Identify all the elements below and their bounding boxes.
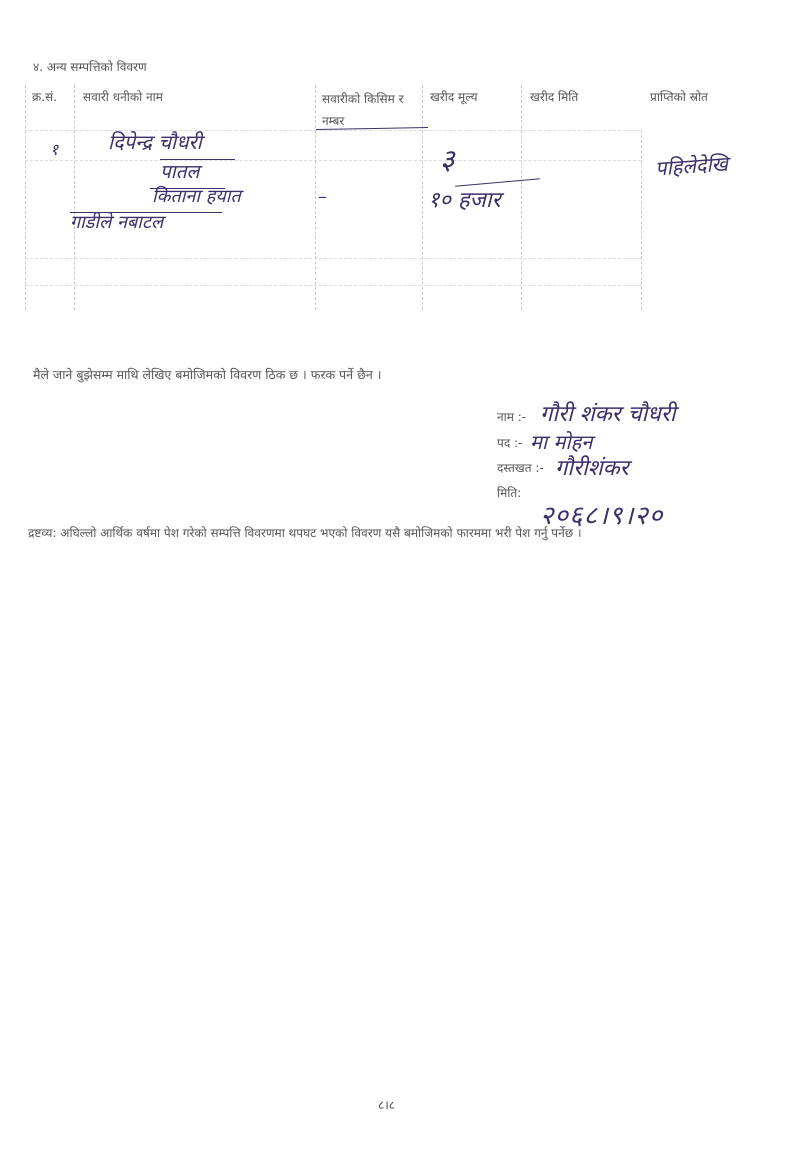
column-divider [315,85,316,310]
section-title: ४. अन्य सम्पत्तिको विवरण [33,58,147,75]
owner-name-line: दिपेन्द्र चौधरी [108,128,202,155]
date-label: मिति: [497,484,521,501]
vehicle-type-value: – [318,186,327,207]
signature-value: गौरीशंकर [555,452,629,482]
column-header-price: खरीद मूल्य [430,88,478,105]
post-label: पद :- [497,434,522,451]
column-divider [74,85,75,310]
row-divider [25,160,641,161]
price-value-line: ३ [440,140,455,178]
source-value: पहिलेदेखि [654,149,729,181]
owner-name-line: गाडीले नबाटल [70,210,163,234]
column-header-source: प्राप्तिको स्रोत [650,88,708,105]
column-divider [521,85,522,310]
owner-name-line: किताना हयात [152,184,241,208]
name-label: नाम :- [497,408,526,425]
column-header-owner-name: सवारी धनीको नाम [83,88,163,105]
declaration-text: मैले जाने बुझेसम्म माथि लेखिए बमोजिमको व… [33,366,381,383]
owner-name-line: पातल [160,158,199,184]
row-divider [25,285,641,286]
signature-label: दस्तखत :- [497,459,544,476]
column-header-date: खरीद मिति [530,88,578,105]
column-divider [641,130,642,310]
row-divider [25,258,641,259]
column-header-vehicle-type: सवारीको किसिम र नम्बर [322,88,417,132]
table-border-left [25,85,26,310]
name-value: गौरी शंकर चौधरी [540,398,676,428]
column-header-sn: क्र.सं. [32,88,57,105]
page-number: ८।८ [378,1096,395,1113]
note-text: द्रष्टव्य: अघिल्लो आर्थिक वर्षमा पेश गरे… [28,524,582,541]
price-value-line: १० हजार [428,184,501,214]
post-value: मा मोहन [530,428,592,455]
row-sn: १ [50,138,58,160]
column-divider [422,85,423,310]
